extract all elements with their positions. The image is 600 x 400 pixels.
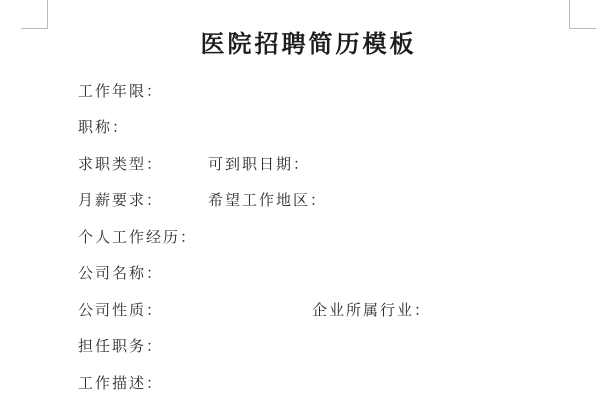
field-label-company-industry: 企业所属行业：: [312, 304, 431, 319]
field-label-work-years: 工作年限：: [78, 85, 163, 100]
field-label-desired-work-area: 希望工作地区：: [208, 194, 327, 209]
field-label-company-name: 公司名称：: [78, 267, 163, 282]
field-label-position-held: 担任职务：: [78, 340, 163, 355]
field-label-company-nature: 公司性质：: [78, 304, 163, 319]
field-label-professional-title: 职称：: [78, 121, 129, 136]
page-margin-mark-top-left-icon: [21, 0, 48, 29]
page-margin-mark-top-right-icon: [569, 0, 596, 29]
field-label-job-type: 求职类型：: [78, 158, 163, 173]
field-label-personal-work-experience: 个人工作经历：: [78, 231, 197, 246]
document-page: 医院招聘简历模板 工作年限： 职称： 求职类型： 可到职日期： 月薪要求： 希望…: [0, 0, 600, 400]
field-label-available-date: 可到职日期：: [208, 158, 310, 173]
document-title: 医院招聘简历模板: [48, 32, 569, 60]
field-label-job-description: 工作描述：: [78, 377, 163, 392]
field-label-salary-requirement: 月薪要求：: [78, 194, 163, 209]
